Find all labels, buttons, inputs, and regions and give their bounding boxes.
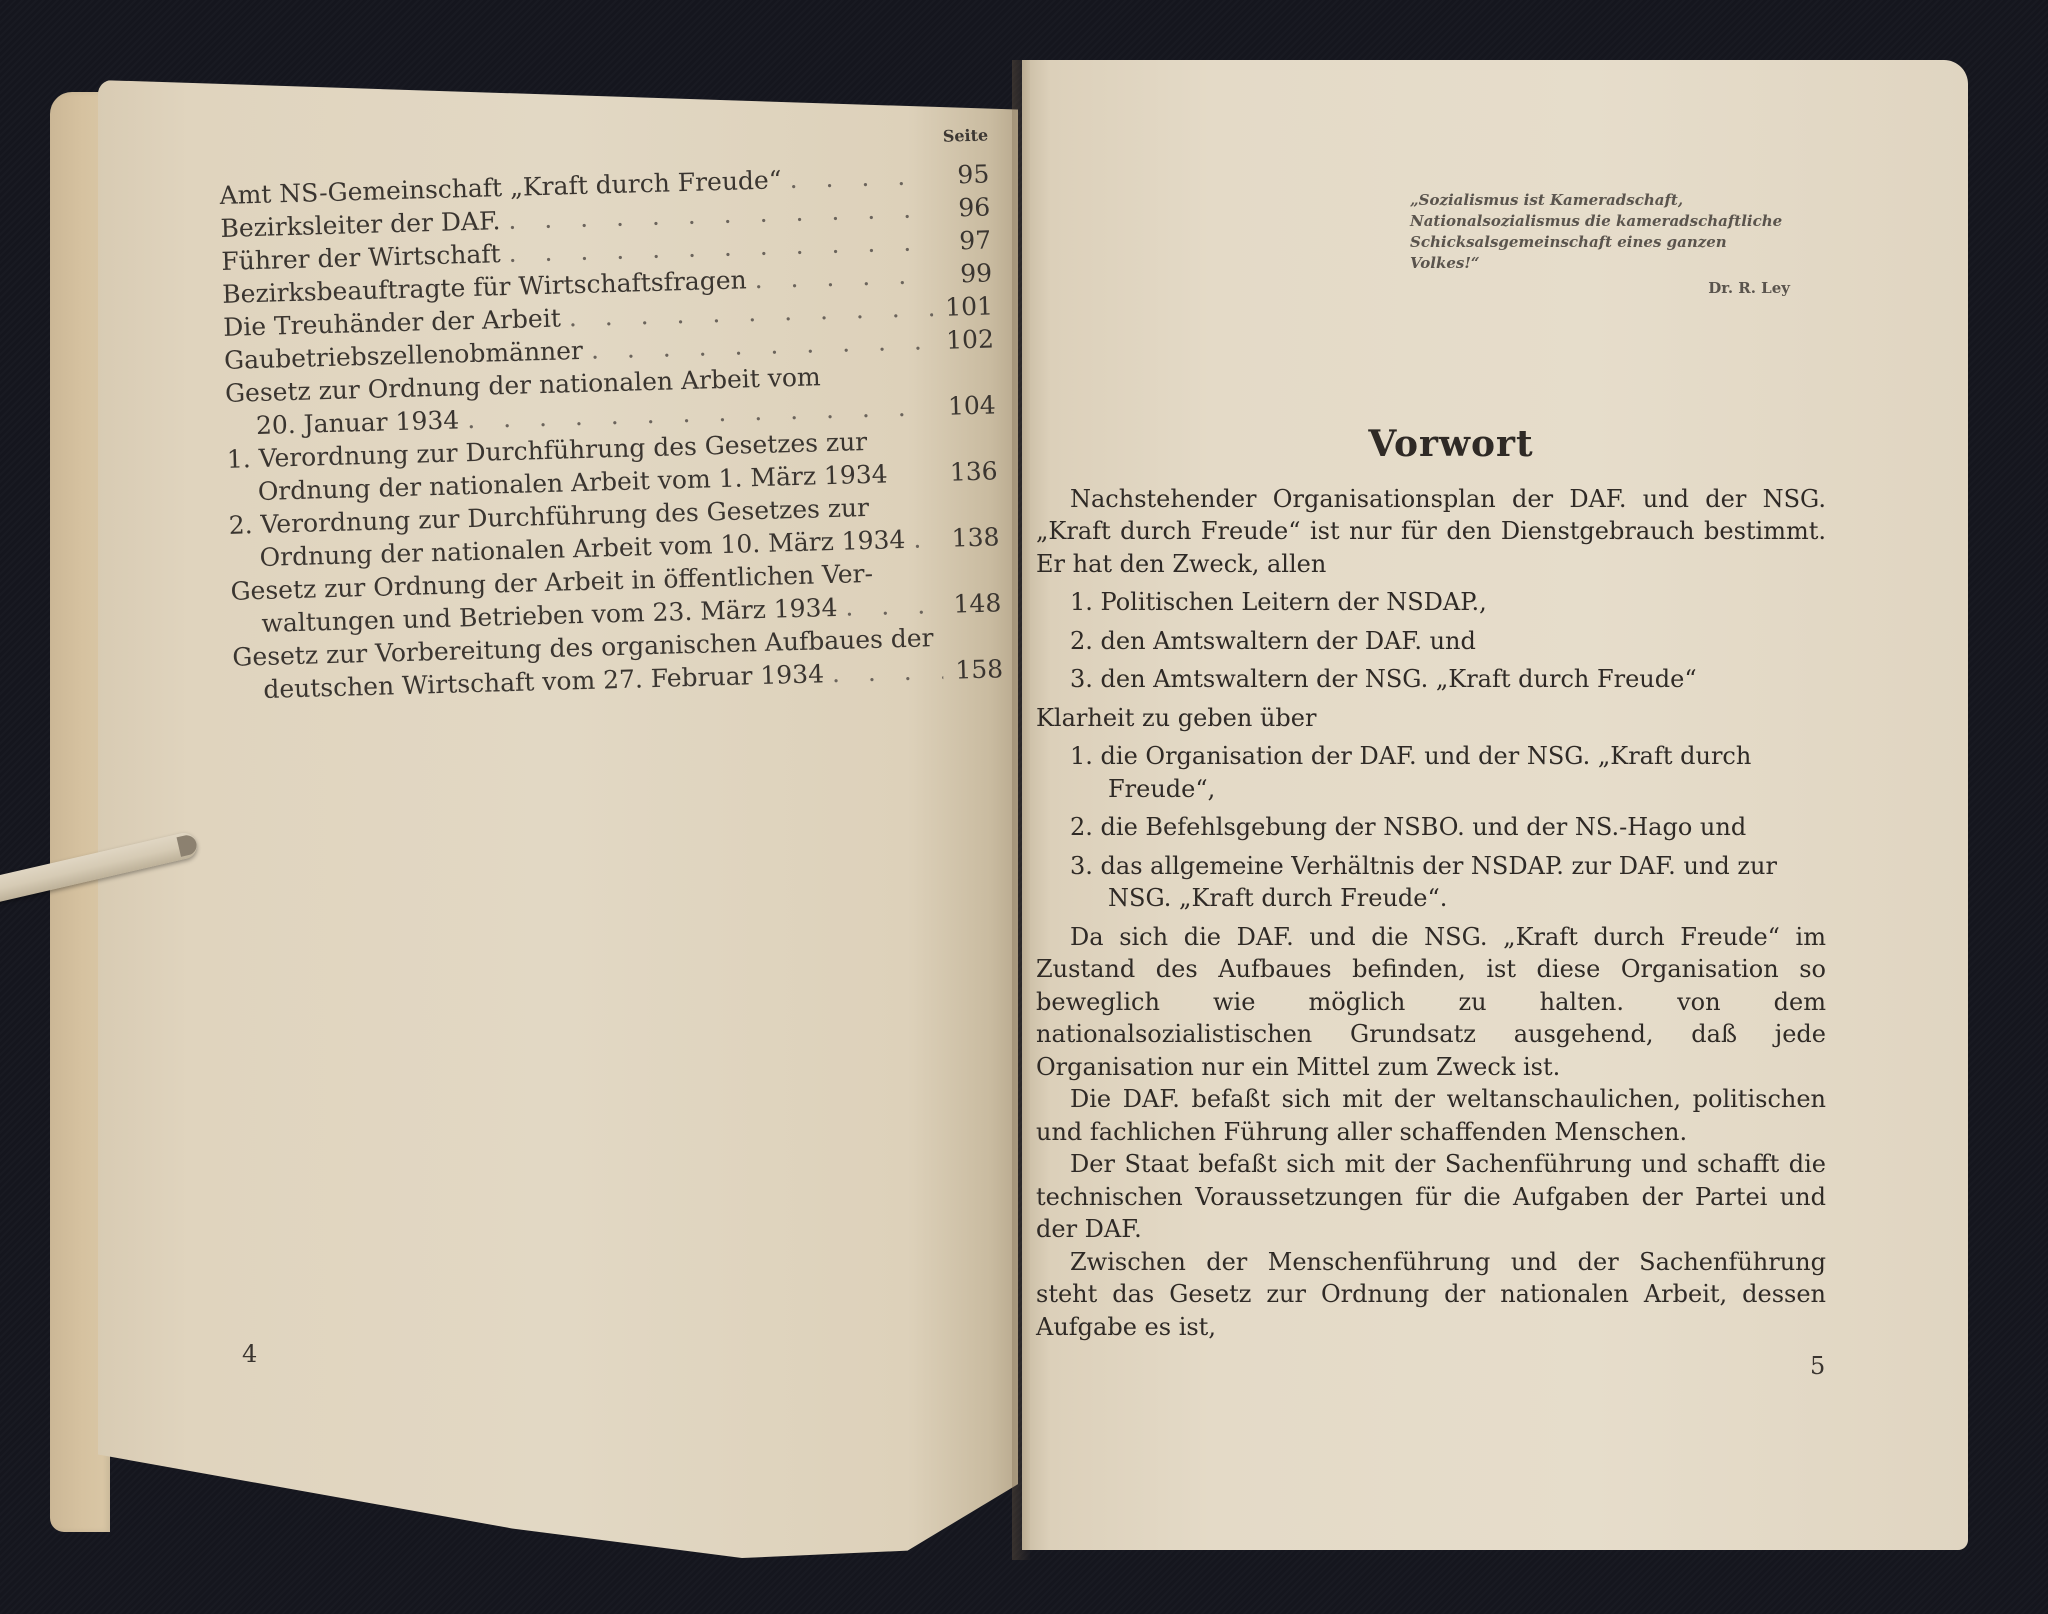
toc-entry-page: 136 (937, 454, 998, 489)
preface-intro: Nachstehender Organisationsplan der DAF.… (1036, 483, 1826, 581)
list-item: 1. Politischen Leitern der NSDAP., (1070, 586, 1826, 619)
toc-entry-continuation: 20. Januar 1934 (256, 405, 460, 440)
toc-entry-page: 138 (939, 520, 1000, 555)
book-gutter (1012, 60, 1030, 1560)
open-book: Seite Amt NS-Gemeinschaft „Kraft durch F… (0, 0, 2048, 1614)
toc-entry-page: 148 (941, 586, 1002, 621)
preface-paragraph: Der Staat befaßt sich mit der Sachenführ… (1036, 1148, 1826, 1246)
epigraph-text: „Sozialismus ist Kameradschaft, National… (1410, 190, 1790, 274)
list-item: 2. die Befehlsgebung der NSBO. und der N… (1070, 811, 1826, 844)
leader-dots: . . . . . . . . . . . . . . . . . . . . … (832, 654, 944, 688)
toc-entry-page: 99 (932, 256, 993, 291)
leader-dots: . . . . . . . . . . . . . . . . . . . . … (913, 522, 940, 554)
preface-bridge: Klarheit zu geben über (1036, 702, 1826, 735)
recipient-list: 1. Politischen Leitern der NSDAP., 2. de… (1036, 586, 1826, 696)
epigraph-author: Dr. R. Ley (1410, 278, 1790, 299)
table-of-contents: Seite Amt NS-Gemeinschaft „Kraft durch F… (218, 119, 1004, 707)
right-page-number: 5 (1810, 1352, 1825, 1380)
toc-entry-page: 158 (943, 652, 1004, 687)
toc-entry-page: 96 (930, 190, 991, 225)
toc-entry-page: 102 (933, 322, 994, 357)
epigraph: „Sozialismus ist Kameradschaft, National… (1410, 190, 1790, 299)
list-item: 1. die Organisation der DAF. und der NSG… (1070, 740, 1826, 805)
leader-dots: . . . . . . . . . . . . . . . . . . . . … (845, 588, 942, 622)
preface-paragraph: Die DAF. befaßt sich mit der weltanschau… (1036, 1083, 1826, 1148)
preface-title: Vorwort (1076, 428, 1826, 461)
preface-paragraph: Da sich die DAF. und die NSG. „Kraft dur… (1036, 921, 1826, 1084)
toc-entry-page: 95 (929, 157, 990, 192)
toc-entry-page: 97 (931, 223, 992, 258)
preface: Vorwort Nachstehender Organisationsplan … (1036, 428, 1826, 1343)
left-page-number: 4 (242, 1340, 257, 1368)
list-item: 2. den Amtswaltern der DAF. und (1070, 625, 1826, 658)
toc-entry-page: 104 (935, 388, 996, 423)
leader-dots: . . . . . . . . . . . . . . . . . . . . … (789, 159, 930, 194)
leader-dots: . . . . . . . . . . . . . . . . . . . . … (754, 258, 932, 294)
topic-list: 1. die Organisation der DAF. und der NSG… (1036, 740, 1826, 915)
preface-paragraph: Zwischen der Menschenführung und der Sac… (1036, 1246, 1826, 1344)
list-item: 3. den Amtswaltern der NSG. „Kraft durch… (1070, 663, 1826, 696)
list-item: 3. das allgemeine Verhältnis der NSDAP. … (1070, 850, 1826, 915)
toc-entry-page: 101 (932, 289, 993, 324)
